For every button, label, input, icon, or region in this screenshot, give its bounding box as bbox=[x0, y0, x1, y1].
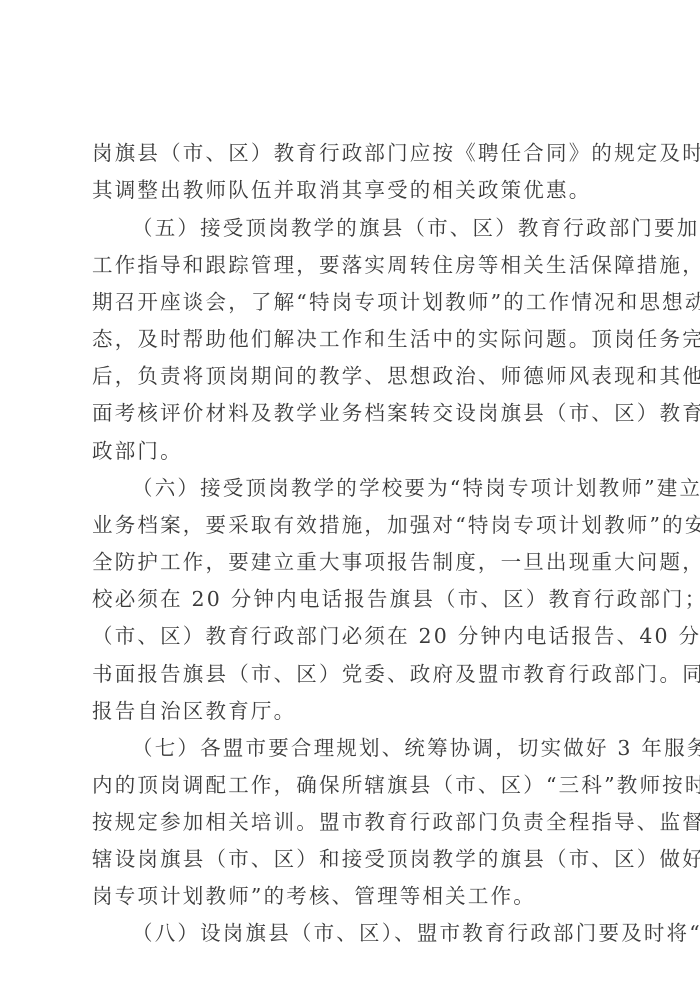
paragraph-5-start: （五）接受顶岗教学的旗县（市、区）教育行政部门要加强 bbox=[132, 213, 622, 243]
text-line: 报告自治区教育厅。 bbox=[92, 696, 622, 726]
text-line: 后，负责将顶岗期间的教学、思想政治、师德师风表现和其他方 bbox=[92, 361, 622, 391]
document-page: 岗旗县（市、区）教育行政部门应按《聘任合同》的规定及时将 其调整出教师队伍并取消… bbox=[0, 0, 700, 998]
text-line: 书面报告旗县（市、区）党委、政府及盟市教育行政部门。同时， bbox=[92, 659, 622, 689]
text-line: 期召开座谈会，了解“特岗专项计划教师”的工作情况和思想动 bbox=[92, 287, 622, 317]
text-line: 岗旗县（市、区）教育行政部门应按《聘任合同》的规定及时将 bbox=[92, 138, 622, 168]
paragraph-7-start: （七）各盟市要合理规划、统筹协调，切实做好 3 年服务期 bbox=[132, 733, 622, 763]
text-line: 态，及时帮助他们解决工作和生活中的实际问题。顶岗任务完成 bbox=[92, 324, 622, 354]
text-line: （市、区）教育行政部门必须在 20 分钟内电话报告、40 分钟内 bbox=[92, 621, 622, 651]
text-line: 内的顶岗调配工作，确保所辖旗县（市、区）“三科”教师按时 bbox=[92, 770, 622, 800]
paragraph-8-start: （八）设岗旗县（市、区）、盟市教育行政部门要及时将“特 bbox=[132, 918, 622, 948]
text-line: 面考核评价材料及教学业务档案转交设岗旗县（市、区）教育行 bbox=[92, 398, 622, 428]
text-line: 业务档案，要采取有效措施，加强对“特岗专项计划教师”的安 bbox=[92, 510, 622, 540]
text-line: 按规定参加相关培训。盟市教育行政部门负责全程指导、监督所 bbox=[92, 807, 622, 837]
text-line: 政部门。 bbox=[92, 436, 622, 466]
text-line: 辖设岗旗县（市、区）和接受顶岗教学的旗县（市、区）做好“特 bbox=[92, 844, 622, 874]
text-line: 岗专项计划教师”的考核、管理等相关工作。 bbox=[92, 881, 622, 911]
text-line: 校必须在 20 分钟内电话报告旗县（市、区）教育行政部门；旗县 bbox=[92, 584, 622, 614]
text-line: 其调整出教师队伍并取消其享受的相关政策优惠。 bbox=[92, 175, 622, 205]
text-line: 全防护工作，要建立重大事项报告制度，一旦出现重大问题，学 bbox=[92, 547, 622, 577]
text-line: 工作指导和跟踪管理，要落实周转住房等相关生活保障措施，定 bbox=[92, 250, 622, 280]
paragraph-6-start: （六）接受顶岗教学的学校要为“特岗专项计划教师”建立 bbox=[132, 473, 622, 503]
